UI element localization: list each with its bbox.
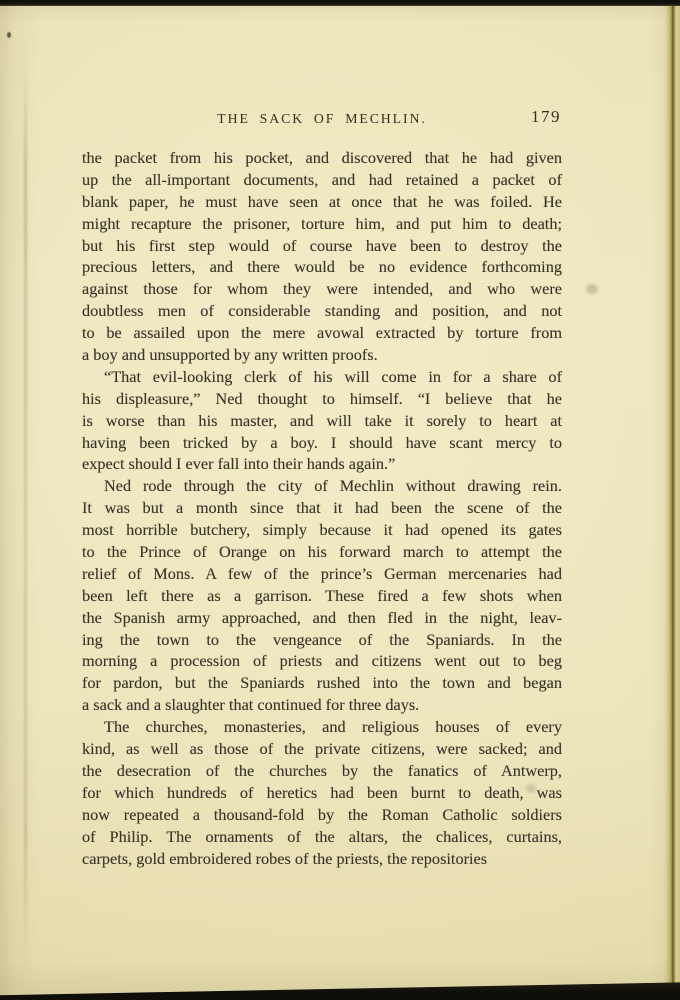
text-line: his displeasure,” Ned thought to himself… xyxy=(82,388,562,410)
ink-speck xyxy=(7,32,11,38)
paragraph-4: The churches, monasteries, and religious… xyxy=(82,716,562,869)
text-line: a sack and a slaughter that continued fo… xyxy=(82,694,562,716)
text-line: Ned rode through the city of Mechlin wit… xyxy=(82,475,562,497)
book-page-scan: THE SACK OF MECHLIN. 179 the packet from… xyxy=(0,0,680,1000)
paragraph-2: “That evil-looking clerk of his will com… xyxy=(82,366,562,475)
text-line: most horrible butchery, simply because i… xyxy=(82,519,562,541)
page-number: 179 xyxy=(531,107,561,127)
paper-smudge xyxy=(586,284,598,294)
text-line: having been tricked by a boy. I should h… xyxy=(82,432,562,454)
text-line: for pardon, but the Spaniards rushed int… xyxy=(82,672,562,694)
text-block: the packet from his pocket, and discover… xyxy=(82,147,562,869)
text-line: the packet from his pocket, and discover… xyxy=(82,147,562,169)
text-line: relief of Mons. A few of the prince’s Ge… xyxy=(82,563,562,585)
paragraph-1: the packet from his pocket, and discover… xyxy=(82,147,562,366)
scan-edge-top xyxy=(0,0,680,6)
text-line: doubtless men of considerable standing a… xyxy=(82,300,562,322)
text-line: It was but a month since that it had bee… xyxy=(82,497,562,519)
text-line: ing the town to the vengeance of the Spa… xyxy=(82,629,562,651)
text-line: to the Prince of Orange on his forward m… xyxy=(82,541,562,563)
page-edge-right xyxy=(664,5,680,990)
text-line: “That evil-looking clerk of his will com… xyxy=(82,366,562,388)
text-line: blank paper, he must have seen at once t… xyxy=(82,191,562,213)
scan-edge-bottom xyxy=(0,980,680,1000)
text-line: expect should I ever fall into their han… xyxy=(82,453,562,475)
text-line: is worse than his master, and will take … xyxy=(82,410,562,432)
text-line: against those for whom they were intende… xyxy=(82,278,562,300)
running-header: THE SACK OF MECHLIN. 179 xyxy=(82,109,562,131)
text-line: morning a procession of priests and citi… xyxy=(82,650,562,672)
paper-smudge xyxy=(526,784,536,793)
text-line: up the all-important documents, and had … xyxy=(82,169,562,191)
text-line: precious letters, and there would be no … xyxy=(82,256,562,278)
running-title: THE SACK OF MECHLIN. xyxy=(82,111,562,127)
text-line: been left there as a garrison. These fir… xyxy=(82,585,562,607)
text-line: but his first step would of course have … xyxy=(82,235,562,257)
text-line: The churches, monasteries, and religious… xyxy=(82,716,562,738)
text-line: to be assailed upon the mere avowal extr… xyxy=(82,322,562,344)
text-line: might recapture the prisoner, torture hi… xyxy=(82,213,562,235)
text-line: the desecration of the churches by the f… xyxy=(82,760,562,782)
paragraph-3: Ned rode through the city of Mechlin wit… xyxy=(82,475,562,716)
text-line: for which hundreds of heretics had been … xyxy=(82,782,562,804)
gutter-crease xyxy=(24,60,27,970)
text-line: now repeated a thousand-fold by the Roma… xyxy=(82,804,562,826)
text-line: kind, as well as those of the private ci… xyxy=(82,738,562,760)
text-line: a boy and unsupported by any written pro… xyxy=(82,344,562,366)
text-line: of Philip. The ornaments of the altars, … xyxy=(82,826,562,848)
text-line: carpets, gold embroidered robes of the p… xyxy=(82,848,562,870)
text-line: the Spanish army approached, and then fl… xyxy=(82,607,562,629)
